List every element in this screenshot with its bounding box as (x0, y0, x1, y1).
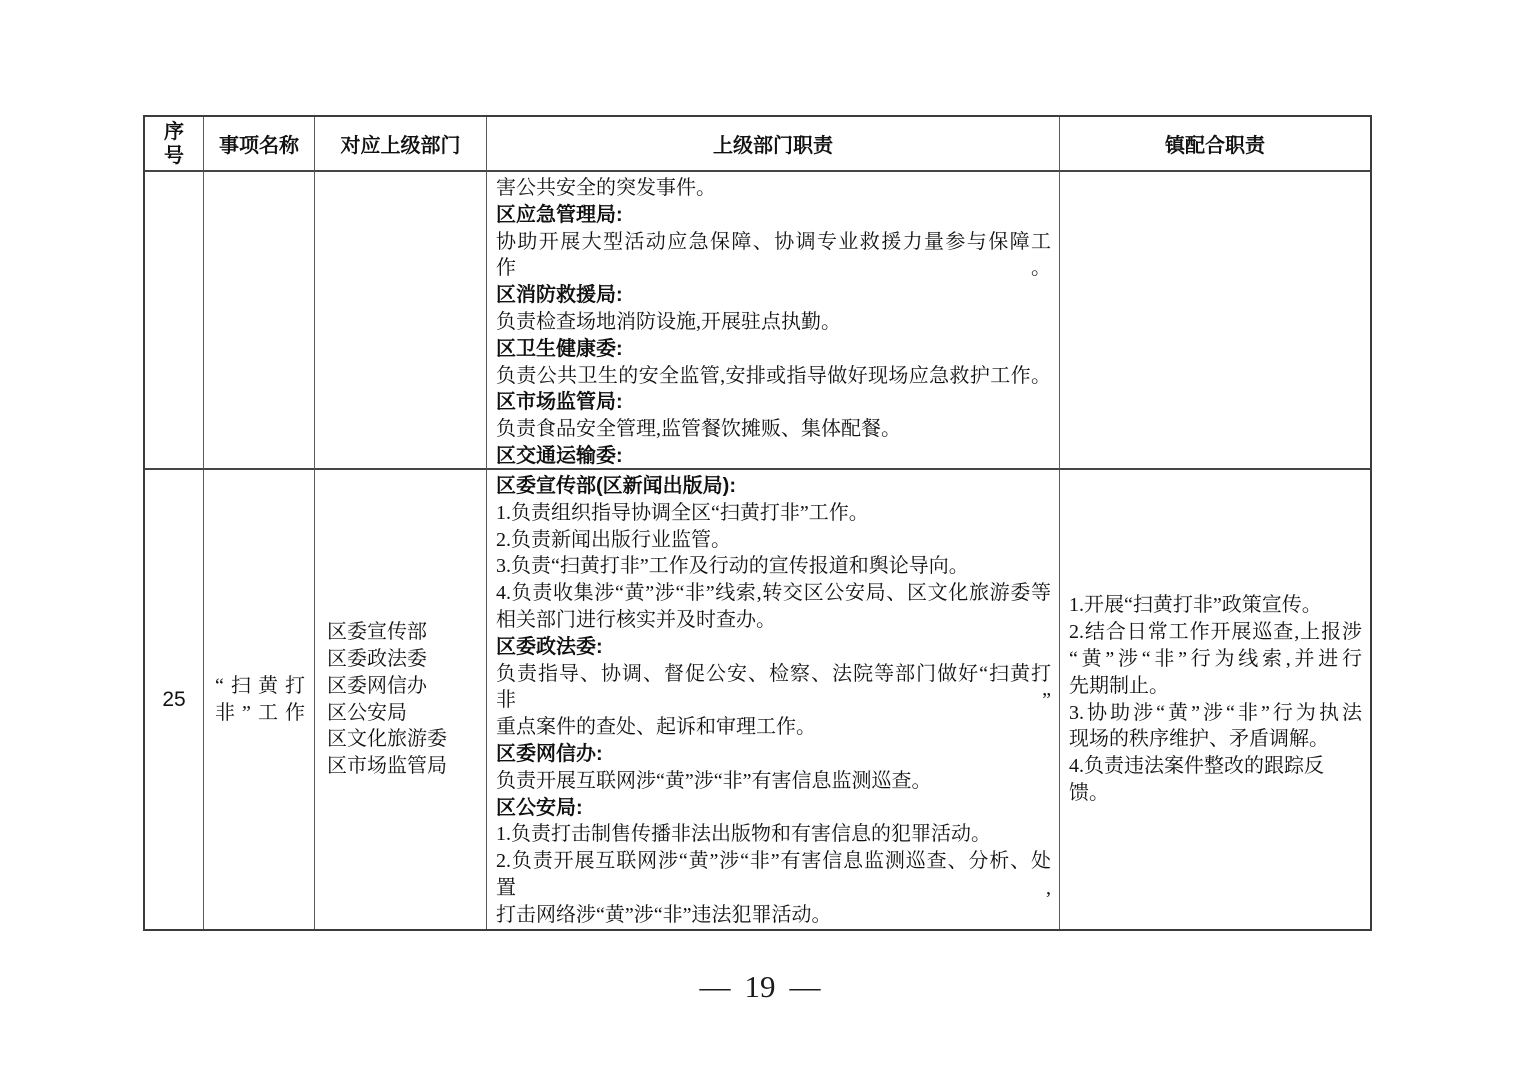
text-line: 4.负责收集涉“黄”涉“非”线索,转交区公安局、区文化旅游委等 (496, 580, 1051, 607)
text-line: 区消防救援局: (496, 282, 1051, 309)
text-line: 区公安局 (327, 700, 480, 727)
text-line: 2.负责开展互联网涉“黄”涉“非”有害信息监测巡查、分析、处置, (496, 848, 1051, 902)
document-page: 序号 事项名称 对应上级部门 上级部门职责 镇配合职责 害公共安全的突发事件。区… (0, 0, 1520, 1074)
text-line: 区委网信办: (496, 741, 1051, 768)
col-header-superior-depts: 对应上级部门 (315, 117, 487, 172)
text-line: 相关部门进行核实并及时查办。 (496, 607, 1051, 634)
cell-departments-empty (315, 172, 487, 470)
text-line: 负责食品安全管理,监管餐饮摊贩、集体配餐。 (496, 416, 1051, 443)
responsibility-table: 序号 事项名称 对应上级部门 上级部门职责 镇配合职责 害公共安全的突发事件。区… (143, 115, 1372, 931)
page-footer: —19— (0, 970, 1520, 1004)
text-line: 4.负责违法案件整改的跟踪反馈。 (1069, 753, 1362, 807)
col-header-seq: 序号 (145, 117, 204, 172)
text-line: 3.负责“扫黄打非”工作及行动的宣传报道和舆论导向。 (496, 553, 1051, 580)
text-line: 区委宣传部 (327, 619, 480, 646)
footer-dash-left: — (700, 969, 731, 1004)
cell-departments-25: 区委宣传部区委政法委区委网信办区公安局区文化旅游委区市场监管局 (315, 470, 487, 929)
text-line: 1.负责组织指导协调全区“扫黄打非”工作。 (496, 500, 1051, 527)
text-line: “黄”涉“非”行为线索,并进行 (1069, 646, 1362, 673)
col-header-town-duties: 镇配合职责 (1060, 117, 1370, 172)
cell-seq-empty (145, 172, 204, 470)
text-line: 区委政法委: (496, 634, 1051, 661)
cell-superior-duties-continued: 害公共安全的突发事件。区应急管理局:协助开展大型活动应急保障、协调专业救援力量参… (487, 172, 1060, 470)
seq-number: 25 (162, 688, 185, 712)
text-line: 区委政法委 (327, 646, 480, 673)
text-line: 区文化旅游委 (327, 726, 480, 753)
text-line: 2.负责新闻出版行业监管。 (496, 527, 1051, 554)
text-line: 区市场监管局 (327, 753, 480, 780)
text-line: 非”工作 (215, 700, 305, 727)
text-line: 打击网络涉“黄”涉“非”违法犯罪活动。 (496, 902, 1051, 929)
footer-dash-right: — (790, 969, 821, 1004)
text-line: 负责指导、协调、督促公安、检察、法院等部门做好“扫黄打非” (496, 661, 1051, 715)
text-line: 区市场监管局: (496, 389, 1051, 416)
text-line: 3.协助涉“黄”涉“非”行为执法 (1069, 700, 1362, 727)
text-line: 1.开展“扫黄打非”政策宣传。 (1069, 592, 1362, 619)
text-line: 现场的秩序维护、矛盾调解。 (1069, 726, 1362, 753)
text-line: 负责公共卫生的安全监管,安排或指导做好现场应急救护工作。 (496, 363, 1051, 390)
col-header-seq-label: 序号 (163, 120, 185, 168)
col-header-item-name: 事项名称 (204, 117, 315, 172)
cell-town-duties-empty (1060, 172, 1370, 470)
text-line: “扫黄打 (215, 673, 305, 700)
text-line: 负责检查场地消防设施,开展驻点执勤。 (496, 309, 1051, 336)
text-line: 1.负责打击制售传播非法出版物和有害信息的犯罪活动。 (496, 821, 1051, 848)
page-number: 19 (745, 969, 776, 1004)
text-line: 害公共安全的突发事件。 (496, 175, 1051, 202)
cell-superior-duties-25: 区委宣传部(区新闻出版局):1.负责组织指导协调全区“扫黄打非”工作。2.负责新… (487, 470, 1060, 929)
cell-seq-25: 25 (145, 470, 204, 929)
cell-item-name-25: “扫黄打非”工作 (204, 470, 315, 929)
text-line: 负责开展互联网涉“黄”涉“非”有害信息监测巡查。 (496, 768, 1051, 795)
text-line: 区公安局: (496, 795, 1051, 822)
text-line: 区应急管理局: (496, 202, 1051, 229)
cell-town-duties-25: 1.开展“扫黄打非”政策宣传。2.结合日常工作开展巡查,上报涉“黄”涉“非”行为… (1060, 470, 1370, 929)
text-line: 先期制止。 (1069, 673, 1362, 700)
text-line: 重点案件的查处、起诉和审理工作。 (496, 714, 1051, 741)
text-line: 区委网信办 (327, 673, 480, 700)
cell-item-name-empty (204, 172, 315, 470)
col-header-superior-duties: 上级部门职责 (487, 117, 1060, 172)
text-line: 区委宣传部(区新闻出版局): (496, 473, 1051, 500)
text-line: 2.结合日常工作开展巡查,上报涉 (1069, 619, 1362, 646)
text-line: 区卫生健康委: (496, 336, 1051, 363)
text-line: 区交通运输委: (496, 443, 1051, 470)
text-line: 协助开展大型活动应急保障、协调专业救援力量参与保障工作。 (496, 229, 1051, 283)
